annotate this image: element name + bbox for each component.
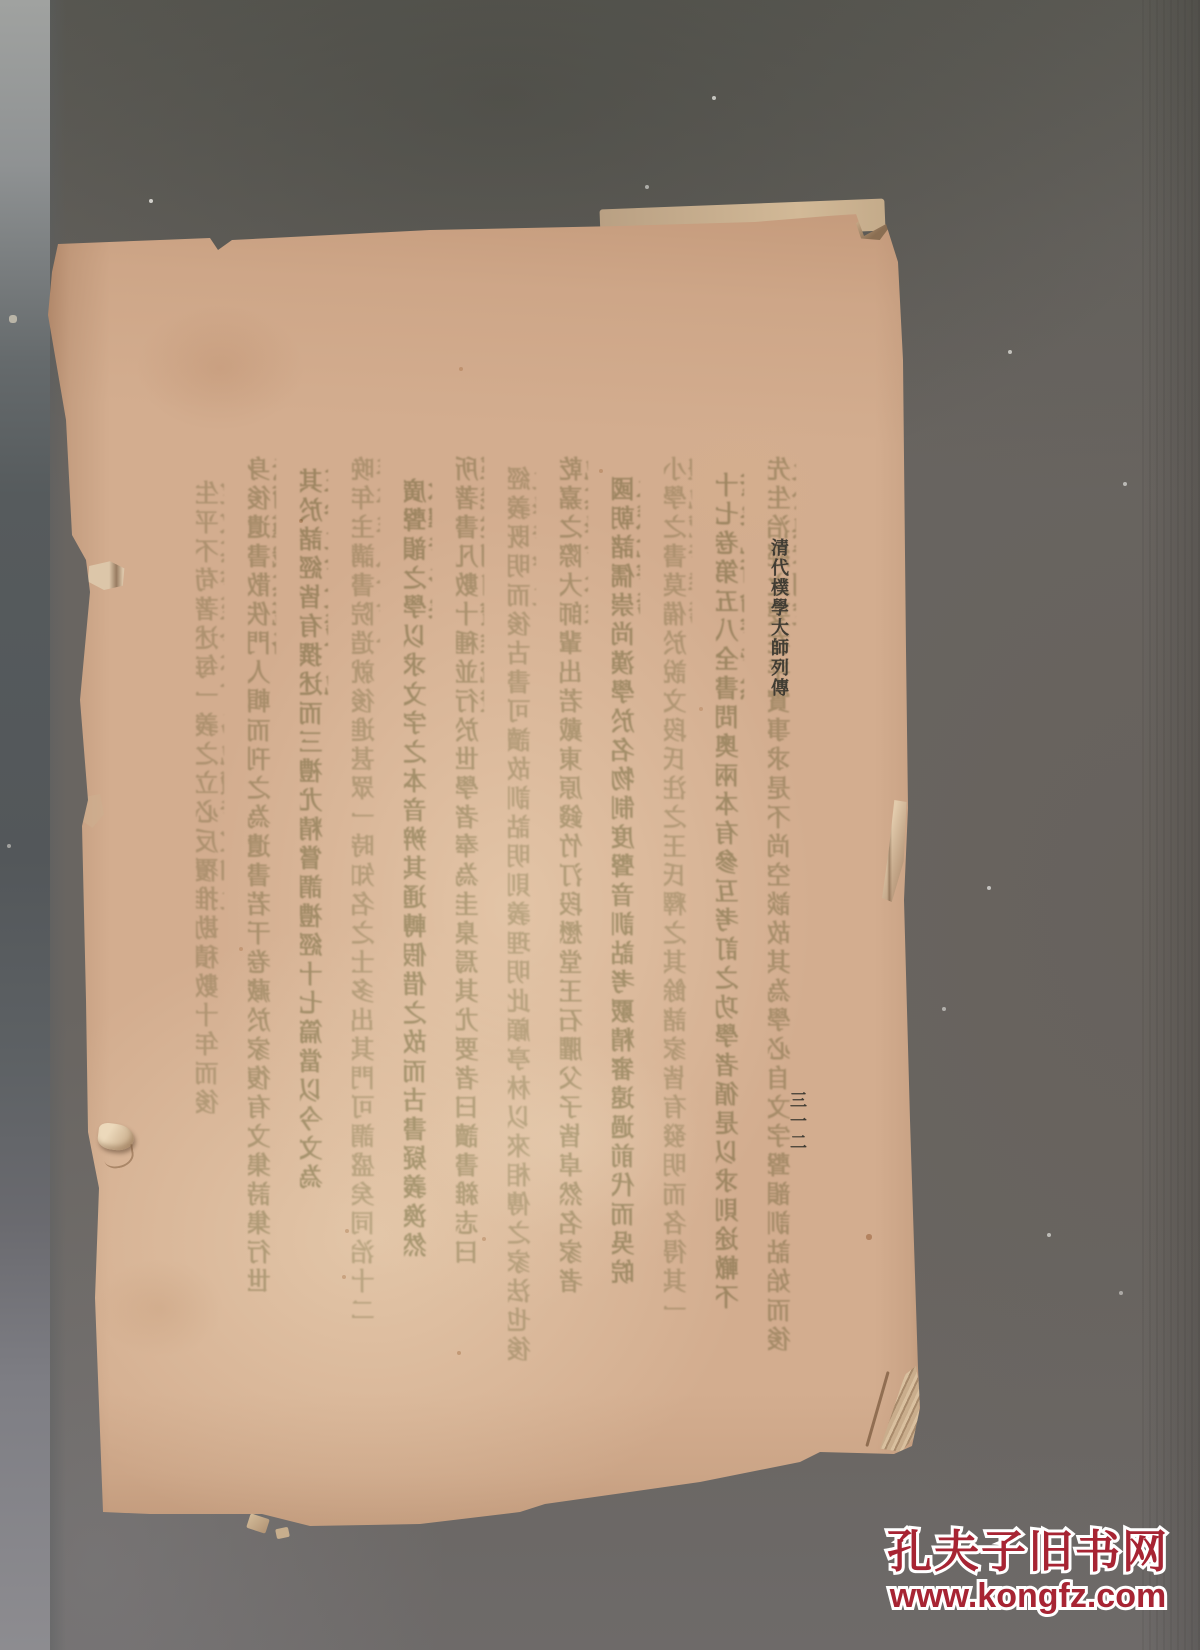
bleedthrough-column: 乾嘉之際大師輩出若戴東原錢竹汀段懋堂王石臞父子皆卓然名家者也其學有本末: [560, 456, 588, 1312]
page-title-vertical: 清代樸學大師列傳: [766, 538, 792, 716]
page-number-vertical: 三一二: [784, 1091, 809, 1171]
paper-scrap-1: [246, 1513, 270, 1533]
watermark-site-url-text: www.kongfz.com: [890, 1577, 1166, 1615]
scanner-background-left-strip: [0, 0, 50, 1650]
bleedthrough-column: 國朝諸儒崇尚漢學於名物制度聲音訓詁考覈精審遠過前代而吳皖二派尤著焉: [612, 476, 640, 1288]
dust-specks: [0, 0, 2, 2]
bleedthrough-column: 小學之書莫備於說文段氏注之王氏釋之其餘諸家皆有發明而各得其一體也覽者詳焉: [664, 456, 692, 1342]
bleedthrough-text-columns: 先生治經之要在乎實事求是不尚空談故其為學必自文字聲韻訓詁始而後及於典章制度十七卷…: [196, 450, 796, 1375]
bleedthrough-column: 十七卷第五八全書問奧兩本有參互考訂之功學者循是以求則途轍不紊矣凡所論著皆然: [716, 472, 744, 1340]
bleedthrough-column: 其於諸經皆有撰述而三禮尤精嘗謂禮經十七篇當以今文為正參之古文焉可也: [300, 468, 328, 1194]
bleedthrough-column: 所著書凡數十種並行於世學者奉為圭臬焉其尤要者曰讀書雜志曰經義述聞曰廣雅疏證: [456, 456, 484, 1292]
bleedthrough-column: 生平不苟著述每一義之立必反覆推勘積數十年而後定故其書至今不可易也讀者宜知之: [196, 480, 224, 1132]
watermark-site-name: 孔夫子旧书网 孔夫子旧书网: [868, 1528, 1188, 1577]
watermark-site-name-text: 孔夫子旧书网: [887, 1526, 1169, 1577]
paper-scrap-2: [275, 1527, 290, 1539]
bleedthrough-column: 經義既明而後古書可讀故訓詁明則義理明此顧亭林以來相傳之家法也後之學者守之: [508, 466, 536, 1368]
watermark-site-url: www.kongfz.com www.kongfz.com: [868, 1578, 1188, 1615]
bleedthrough-column: 晚年主講書院造就後進甚眾一時知名之士多出其門可謂盛矣同治十二年卒年八十有一: [352, 456, 380, 1336]
kongfz-watermark: 孔夫子旧书网 孔夫子旧书网 www.kongfz.com www.kongfz.…: [868, 1528, 1188, 1614]
bleedthrough-column: 身後遺書散佚門人輯而刊之為遺書若干卷藏於家復有文集詩集行世云爾謹識其概略: [248, 456, 276, 1318]
book-page-back: 先生治經之要在乎實事求是不尚空談故其為學必自文字聲韻訓詁始而後及於典章制度十七卷…: [40, 188, 930, 1533]
bleedthrough-column: 廣聲韻之學以求文字之本音辨其通轉假借之故而古書疑義渙然冰釋者多矣: [404, 478, 432, 1268]
scanner-background-right-streaks: [1142, 0, 1200, 1650]
used-book-listing-photo: 先生治經之要在乎實事求是不尚空談故其為學必自文字聲韻訓詁始而後及於典章制度十七卷…: [0, 0, 1200, 1650]
